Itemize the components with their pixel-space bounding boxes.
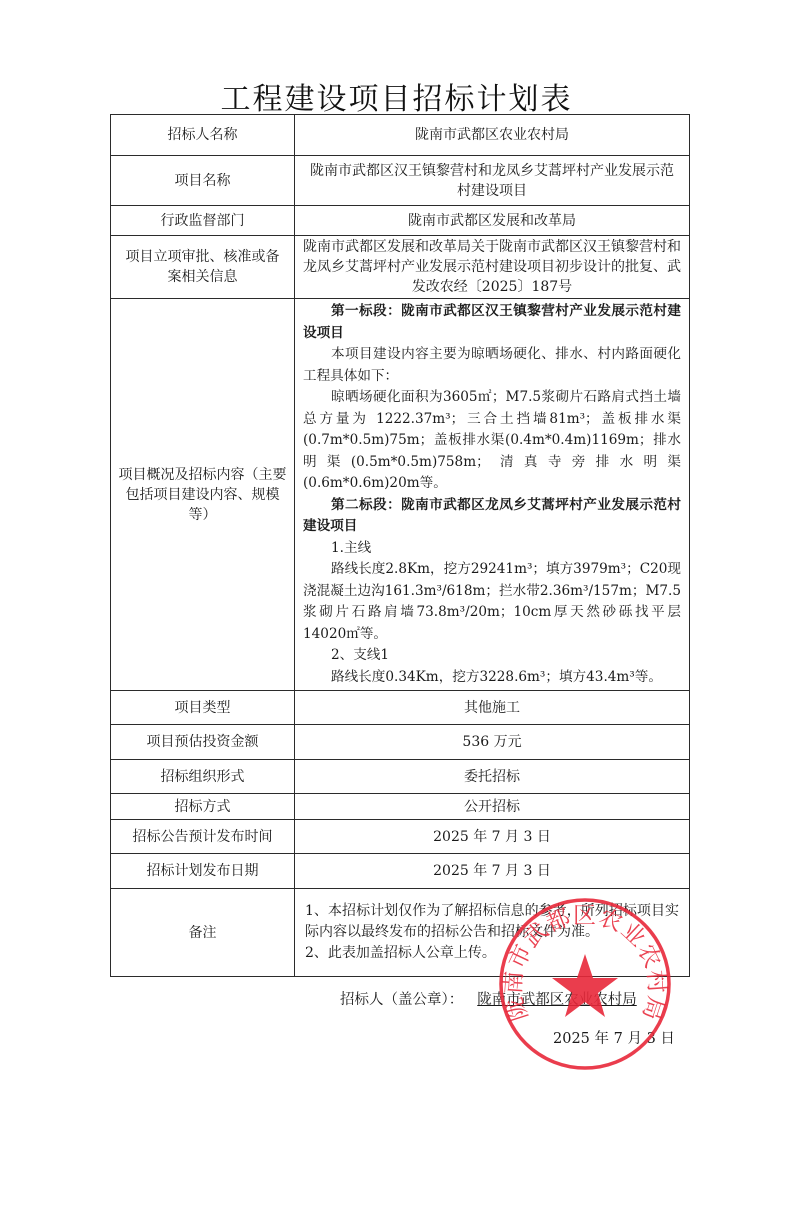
signer-label: 招标人（盖公章）： <box>340 992 463 1008</box>
table-row: 招标计划发布日期 2025 年 7 月 3 日 <box>111 854 690 889</box>
table-row: 招标组织形式 委托招标 <box>111 760 690 794</box>
table-row: 项目名称 陇南市武都区汉王镇黎营村和龙凤乡艾蒿坪村产业发展示范村建设项目 <box>111 156 690 206</box>
section-1-heading: 第一标段：陇南市武都区汉王镇黎营村产业发展示范村建设项目 <box>303 301 681 344</box>
row-label: 招标人名称 <box>111 115 295 156</box>
table-row: 招标人名称 陇南市武都区农业农村局 <box>111 115 690 156</box>
row-value: 2025 年 7 月 3 日 <box>295 854 690 889</box>
star-icon <box>552 954 618 1017</box>
section-2-mainline-details: 路线长度2.8Km，挖方29241m³；填方3979m³；C20现浇混凝土边沟1… <box>303 559 681 645</box>
table-row: 行政监督部门 陇南市武都区发展和改革局 <box>111 206 690 236</box>
row-value: 536 万元 <box>295 725 690 760</box>
official-seal: 陇南市武都区农业农村局 <box>497 896 673 1072</box>
table-row: 项目类型 其他施工 <box>111 691 690 725</box>
section-2-branch-title: 2、支线1 <box>303 645 681 667</box>
row-value: 陇南市武都区发展和改革局 <box>295 206 690 236</box>
bidding-plan-table: 招标人名称 陇南市武都区农业农村局 项目名称 陇南市武都区汉王镇黎营村和龙凤乡艾… <box>110 114 690 977</box>
row-value: 陇南市武都区发展和改革局关于陇南市武都区汉王镇黎营村和龙凤乡艾蒿坪村产业发展示范… <box>295 236 690 299</box>
table-row: 招标公告预计发布时间 2025 年 7 月 3 日 <box>111 820 690 854</box>
table-row: 项目立项审批、核准或备案相关信息 陇南市武都区发展和改革局关于陇南市武都区汉王镇… <box>111 236 690 299</box>
row-value: 其他施工 <box>295 691 690 725</box>
row-label: 招标方式 <box>111 794 295 820</box>
section-2-heading: 第二标段：陇南市武都区龙凤乡艾蒿坪村产业发展示范村建设项目 <box>303 495 681 538</box>
row-label: 项目类型 <box>111 691 295 725</box>
row-label: 项目名称 <box>111 156 295 206</box>
table-row: 招标方式 公开招标 <box>111 794 690 820</box>
section-1-details: 晾晒场硬化面积为3605㎡；M7.5浆砌片石路肩式挡土墙总方量为 1222.37… <box>303 387 681 495</box>
row-label: 招标公告预计发布时间 <box>111 820 295 854</box>
project-overview: 第一标段：陇南市武都区汉王镇黎营村产业发展示范村建设项目 本项目建设内容主要为晾… <box>295 299 690 691</box>
row-value: 2025 年 7 月 3 日 <box>295 820 690 854</box>
row-value: 陇南市武都区农业农村局 <box>295 115 690 156</box>
table-row: 项目预估投资金额 536 万元 <box>111 725 690 760</box>
table-row: 项目概况及招标内容（主要包括项目建设内容、规模等） 第一标段：陇南市武都区汉王镇… <box>111 299 690 691</box>
section-2-branch-details: 路线长度0.34Km，挖方3228.6m³；填方43.4m³等。 <box>303 667 681 689</box>
row-label: 项目概况及招标内容（主要包括项目建设内容、规模等） <box>111 299 295 691</box>
section-2-mainline-title: 1.主线 <box>303 538 681 560</box>
row-label: 备注 <box>111 889 295 977</box>
row-value: 陇南市武都区汉王镇黎营村和龙凤乡艾蒿坪村产业发展示范村建设项目 <box>295 156 690 206</box>
section-1-intro: 本项目建设内容主要为晾晒场硬化、排水、村内路面硬化工程具体如下： <box>303 344 681 387</box>
row-label: 行政监督部门 <box>111 206 295 236</box>
row-value: 公开招标 <box>295 794 690 820</box>
row-label: 招标组织形式 <box>111 760 295 794</box>
row-label: 招标计划发布日期 <box>111 854 295 889</box>
row-label: 项目预估投资金额 <box>111 725 295 760</box>
row-label: 项目立项审批、核准或备案相关信息 <box>111 236 295 299</box>
row-value: 委托招标 <box>295 760 690 794</box>
document-title: 工程建设项目招标计划表 <box>0 74 793 118</box>
